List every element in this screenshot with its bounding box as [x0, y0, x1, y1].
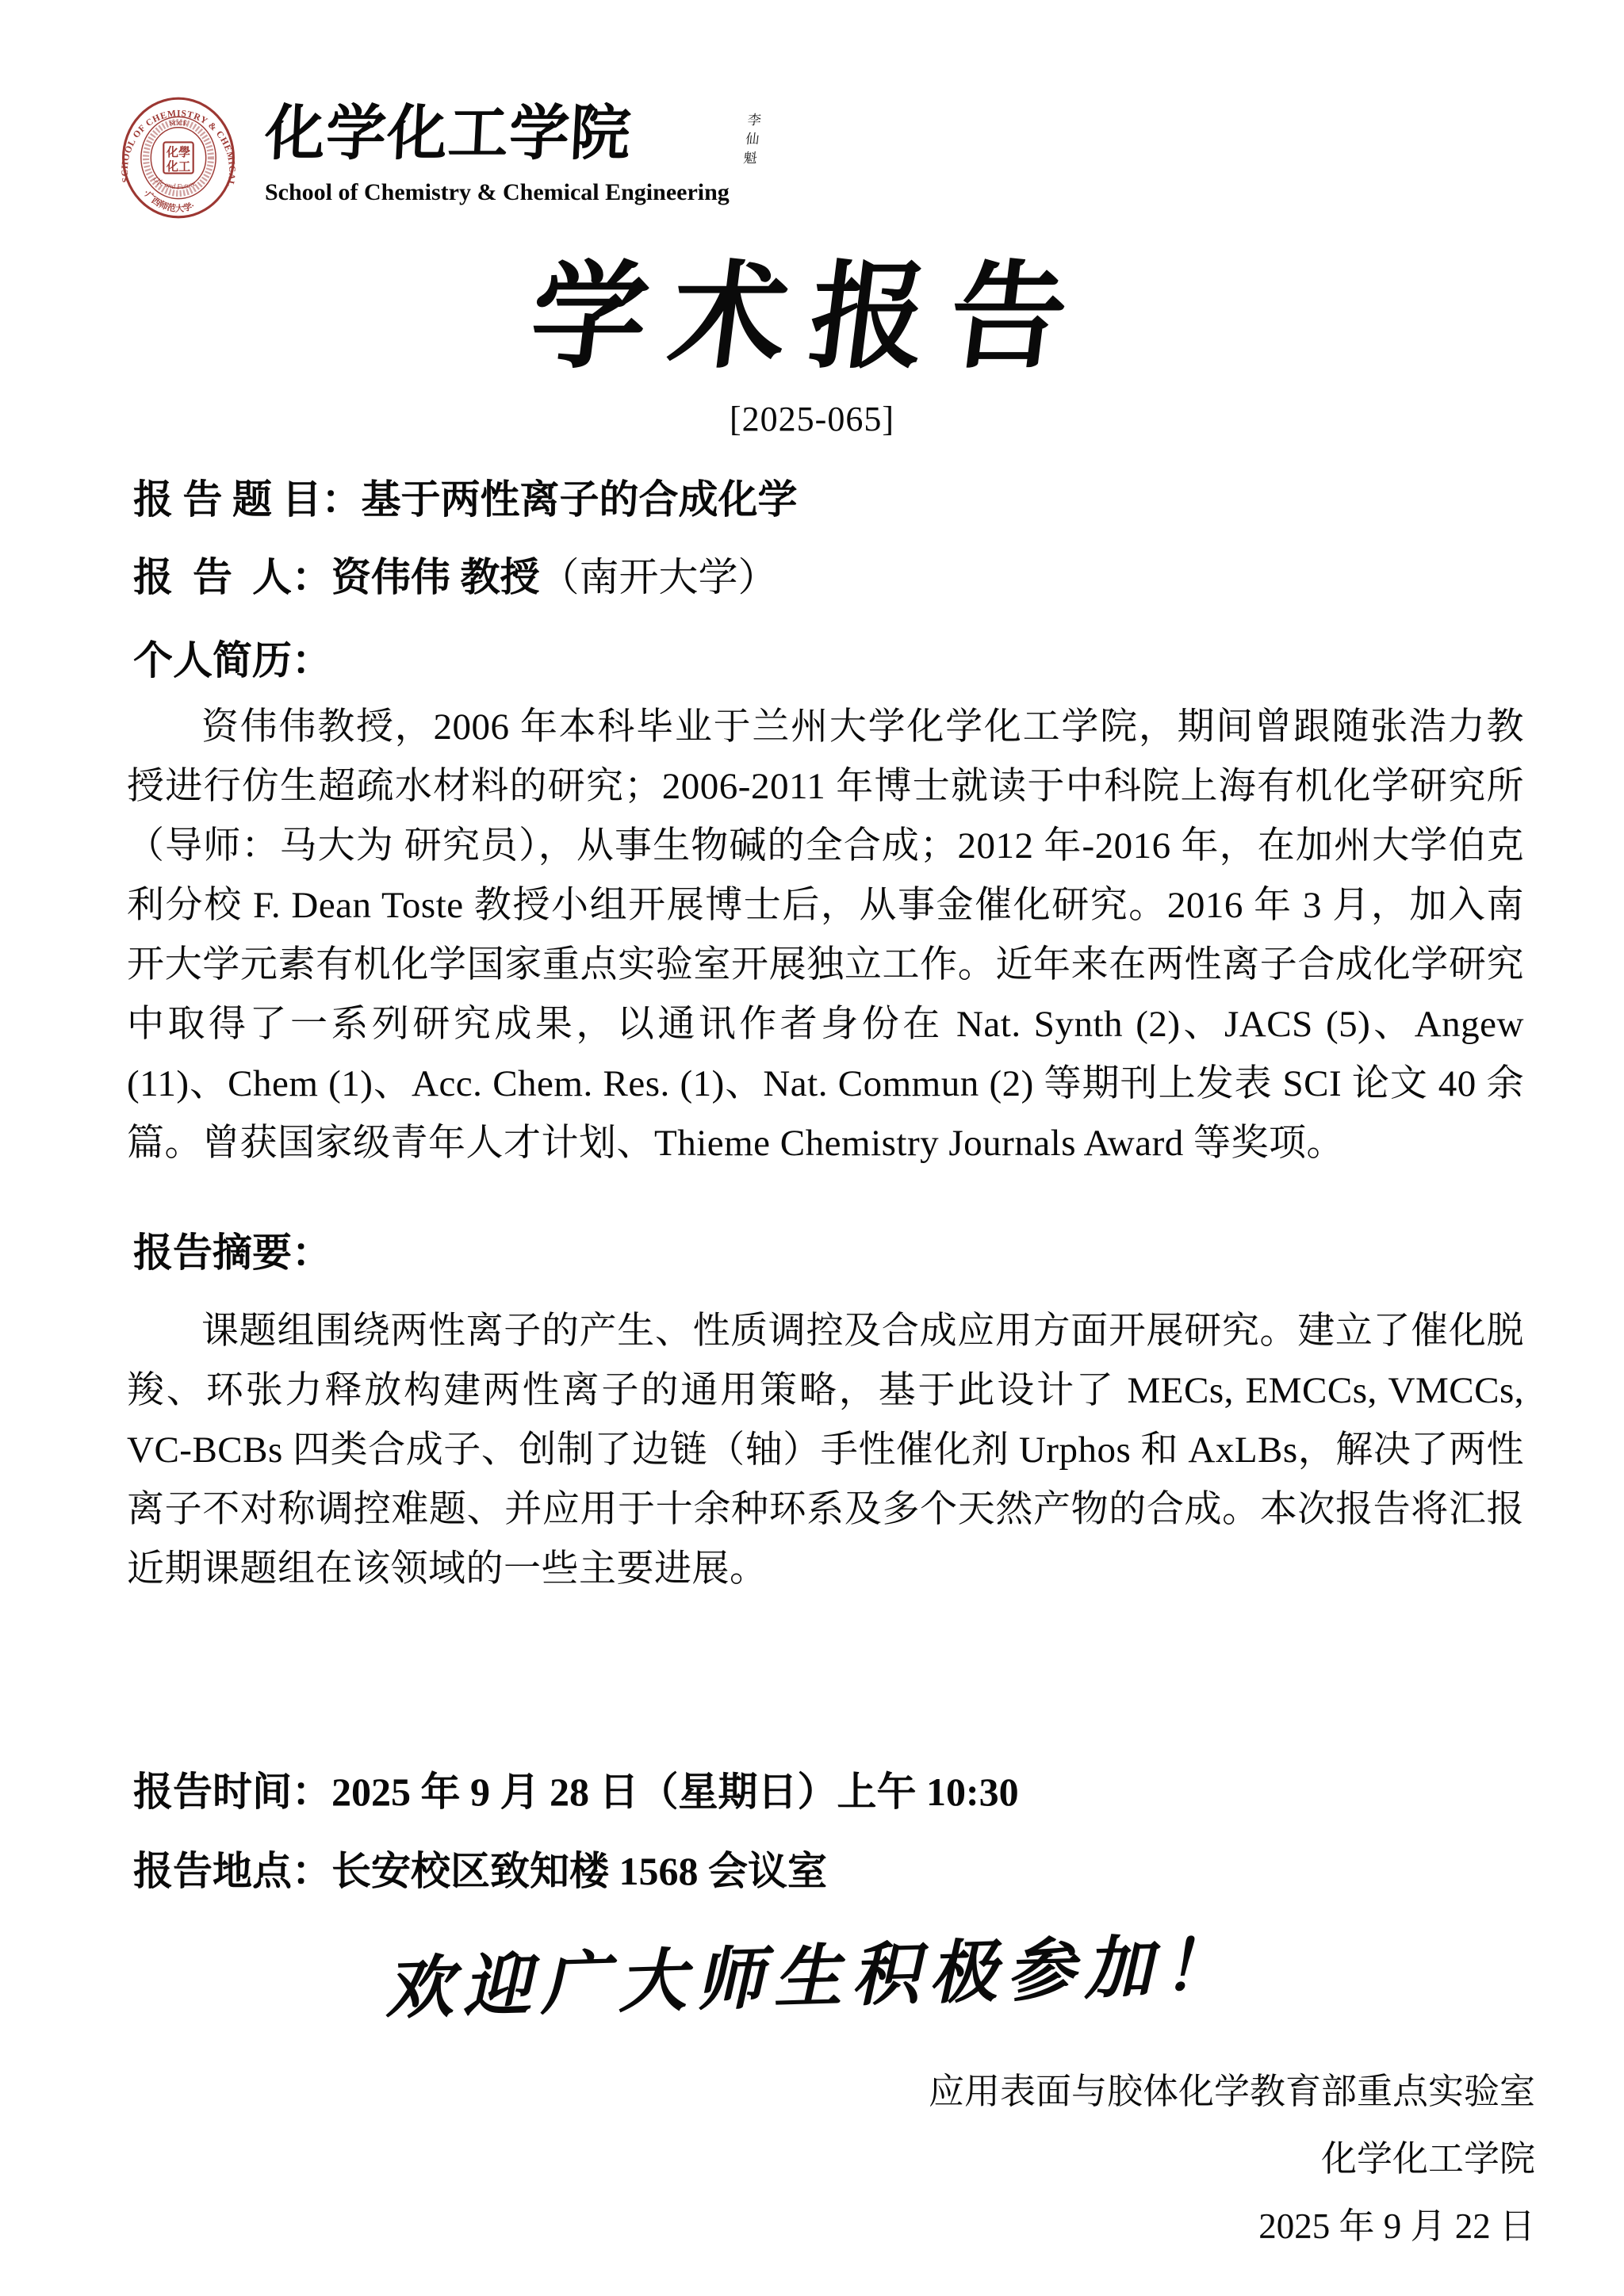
issue-number: [2025-065] [0, 399, 1624, 439]
brand-block: 化学化工学院 School of Chemistry & Chemical En… [265, 89, 730, 206]
bio-heading: 个人简历： [133, 629, 331, 686]
seal-motto: Life and Future [151, 174, 197, 191]
topic-label: 报 告 题 目： [133, 477, 362, 522]
footer-school-name: 化学化工学院 [929, 2126, 1535, 2193]
footer-lab-name: 应用表面与胶体化学教育部重点实验室 [929, 2058, 1535, 2126]
abstract-heading: 报告摘要： [133, 1221, 331, 1278]
seal-abbr: SCCE [170, 119, 188, 127]
page-title: 学术报告 [0, 224, 1624, 390]
venue-line: 报告地点：长安校区致知楼 1568 会议室 [133, 1839, 827, 1896]
header: SCHOOL OF CHEMISTRY & CHEMICAL ENGINEERI… [108, 82, 760, 233]
speaker-label: 报 告 人： [133, 555, 331, 599]
abstract-paragraph: 课题组围绕两性离子的产生、性质调控及合成应用方面开展研究。建立了催化脱羧、环张力… [127, 1302, 1524, 1599]
brand-name-cn: 化学化工学院 [262, 89, 732, 179]
footer-date: 2025 年 9 月 22 日 [929, 2193, 1535, 2260]
seal-icon: SCHOOL OF CHEMISTRY & CHEMICAL ENGINEERI… [108, 82, 249, 233]
venue-label: 报告地点： [133, 1849, 331, 1893]
seminar-poster-page: SCHOOL OF CHEMISTRY & CHEMICAL ENGINEERI… [0, 0, 1624, 2296]
speaker-name: 资伟伟 教授 [331, 555, 540, 599]
brand-name-en: School of Chemistry & Chemical Engineeri… [265, 179, 730, 206]
svg-text:Life and Future: Life and Future [151, 174, 197, 191]
venue-value: 长安校区致知楼 1568 会议室 [331, 1849, 827, 1893]
school-seal-logo: SCHOOL OF CHEMISTRY & CHEMICAL ENGINEERI… [108, 82, 249, 233]
speaker-affiliation: （南开大学） [540, 555, 778, 599]
time-label: 报告时间： [133, 1770, 331, 1814]
speaker-line: 报 告 人：资伟伟 教授（南开大学） [133, 545, 778, 603]
bio-paragraph: 资伟伟教授，2006 年本科毕业于兰州大学化学化工学院，期间曾跟随张浩力教授进行… [127, 698, 1524, 1173]
topic-value: 基于两性离子的合成化学 [362, 477, 798, 522]
footer: 应用表面与胶体化学教育部重点实验室 化学化工学院 2025 年 9 月 22 日 [929, 2058, 1535, 2260]
time-line: 报告时间：2025 年 9 月 28 日（星期日）上午 10:30 [133, 1760, 1019, 1817]
seal-center-bottom: 化工 [166, 159, 190, 174]
seal-center-top: 化學 [166, 145, 190, 159]
calligrapher-signature: 李仙魁 [737, 113, 764, 170]
welcome-message: 欢迎广大师生积极参加！ [0, 1899, 1624, 2042]
topic-line: 报 告 题 目：基于两性离子的合成化学 [133, 468, 798, 525]
time-value: 2025 年 9 月 28 日（星期日）上午 10:30 [331, 1770, 1019, 1814]
